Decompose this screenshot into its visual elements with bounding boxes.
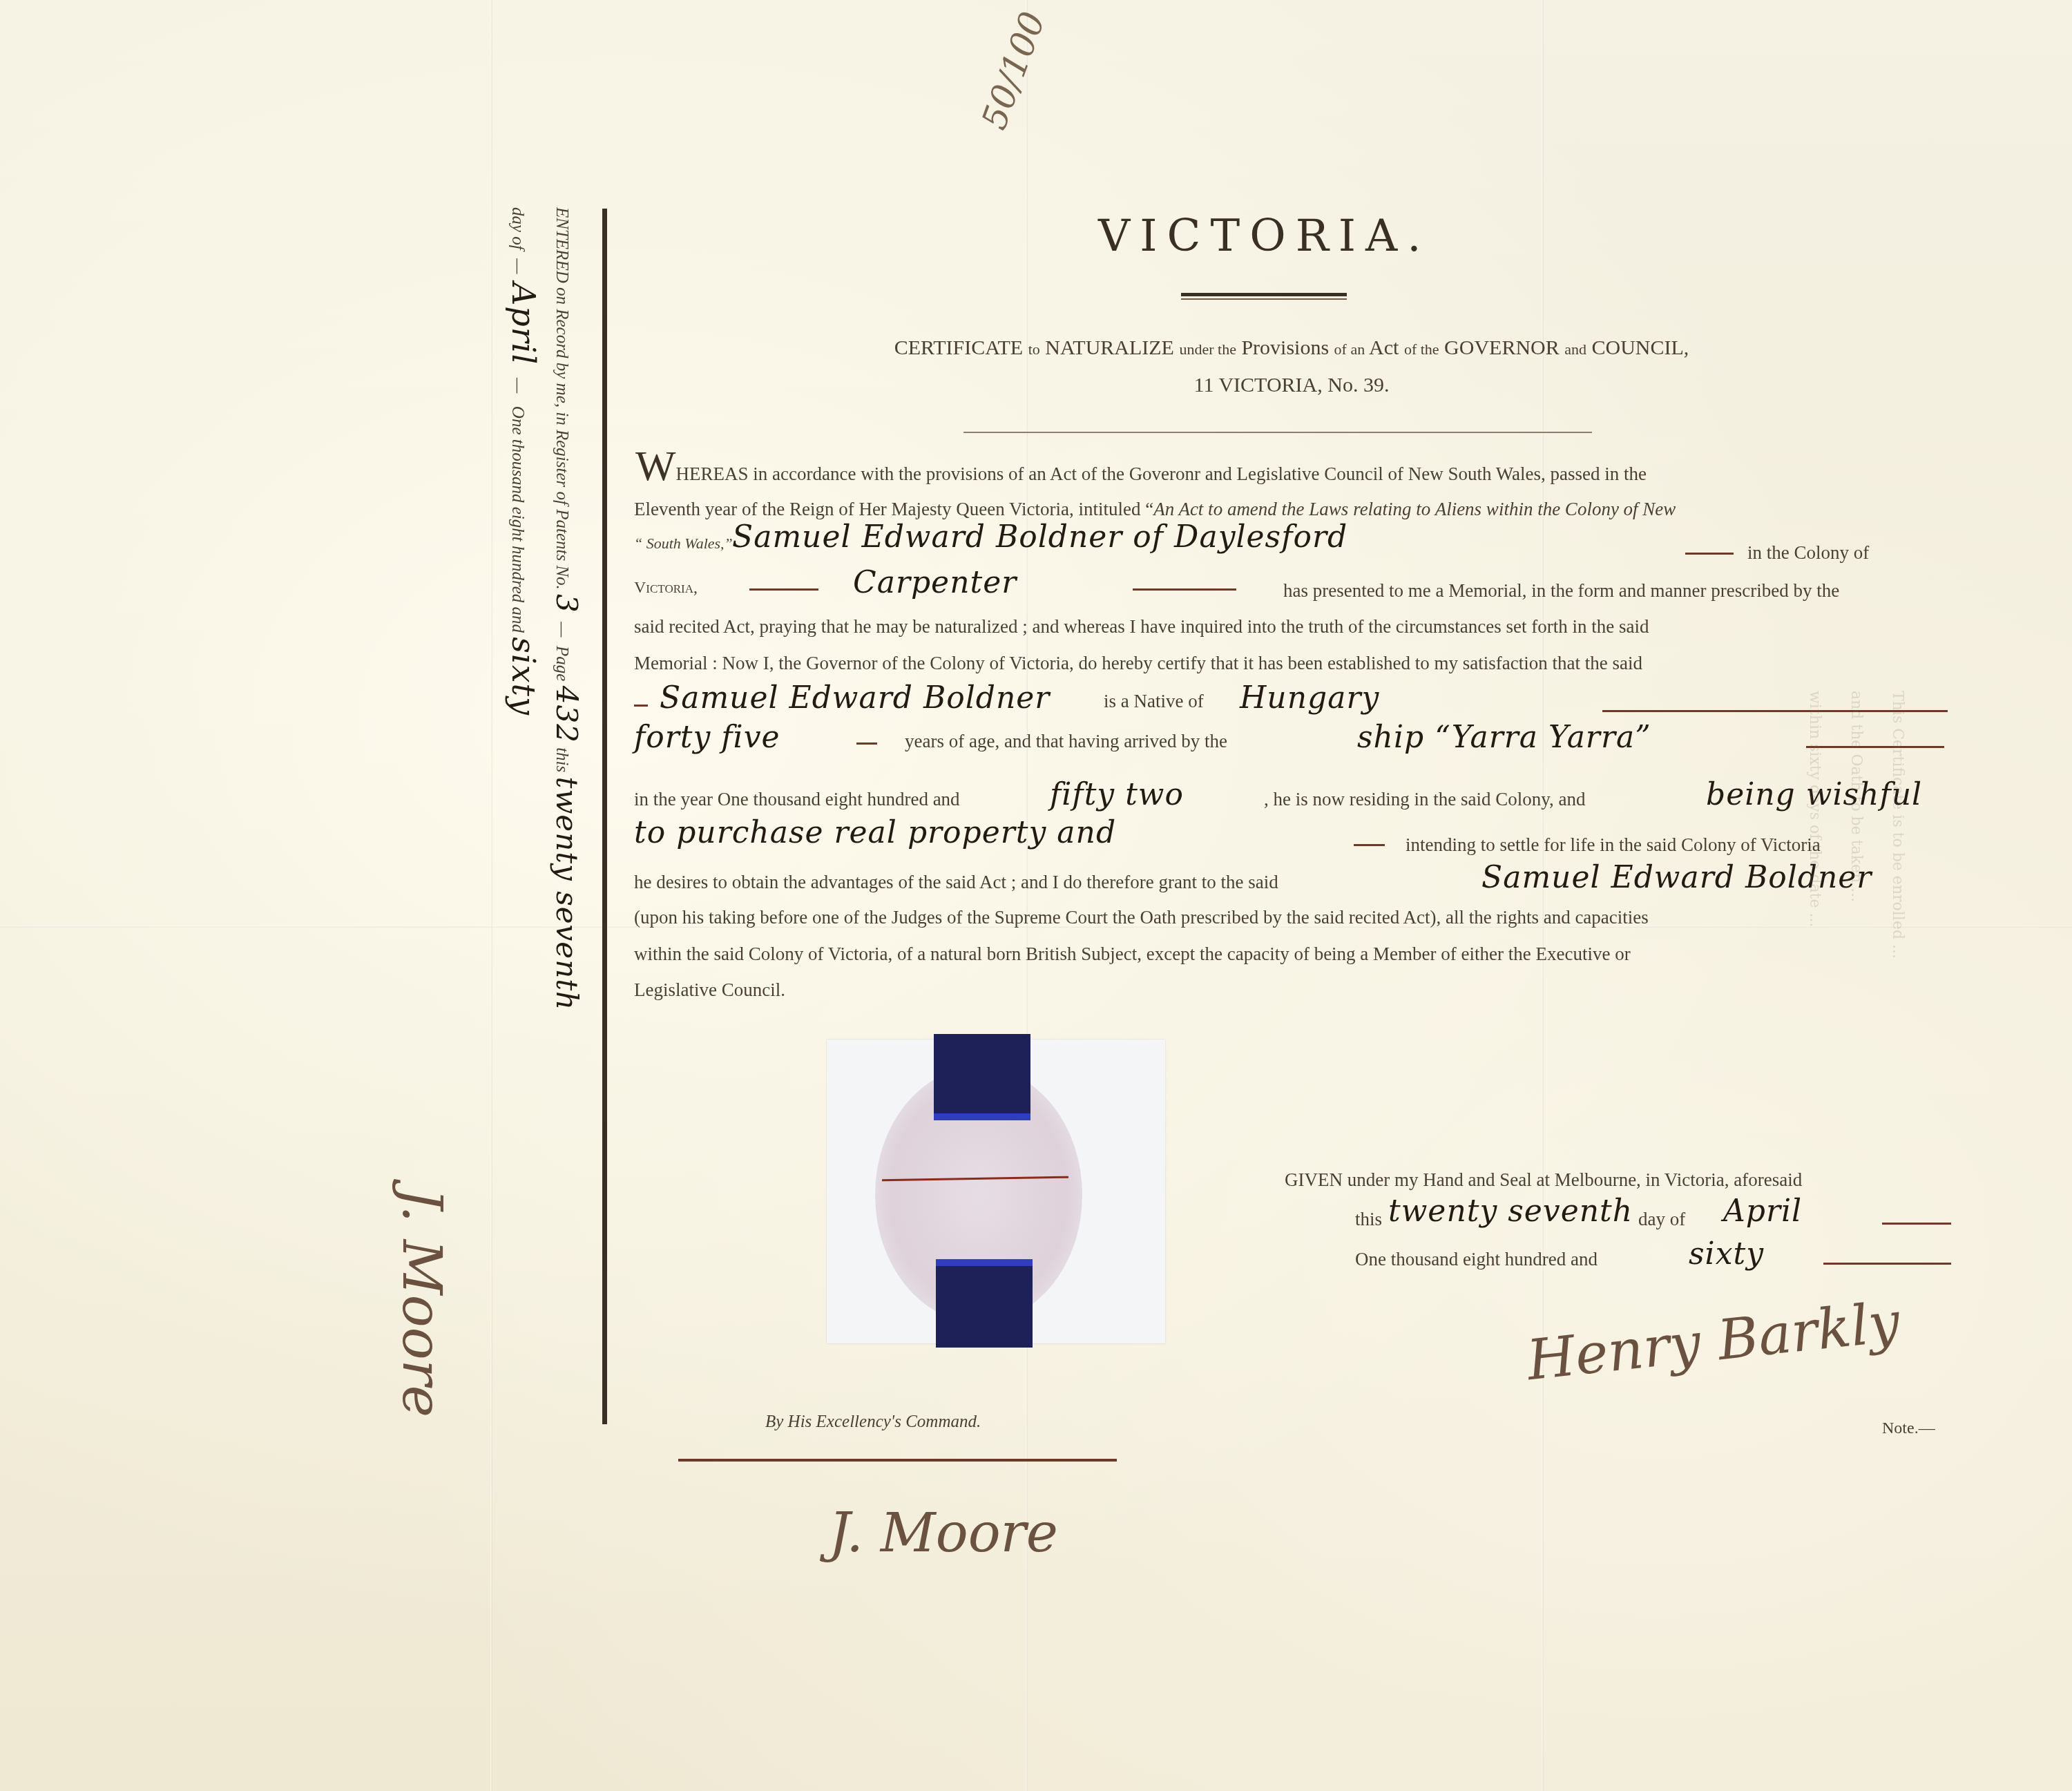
command-rule	[678, 1459, 1117, 1462]
body-line-9: in the year One thousand eight hundred a…	[634, 789, 960, 810]
fill-rule	[634, 705, 648, 707]
margin-entry-line-2: day of — April — One thousand eight hund…	[505, 207, 542, 716]
native-country-field: Hungary	[1240, 680, 1379, 716]
body-line-14: Legislative Council.	[634, 979, 785, 1001]
seal-ribbon-top	[934, 1034, 1030, 1120]
fill-rule	[1882, 1223, 1951, 1225]
title-rule	[1181, 298, 1347, 300]
body-line-12: (upon his taking before one of the Judge…	[634, 907, 1649, 928]
paper-fold	[1542, 0, 1544, 1791]
document-title: VICTORIA.	[1098, 211, 1431, 262]
body-line-6: Memorial : Now I, the Governor of the Co…	[634, 653, 1642, 674]
fill-rule	[1685, 553, 1734, 555]
given-day-field: twenty seventh	[1388, 1194, 1633, 1229]
given-this: this	[1355, 1209, 1382, 1230]
body-line-2: Eleventh year of the Reign of Her Majest…	[634, 499, 1676, 520]
body-line-4-end: has presented to me a Memorial, in the f…	[1283, 580, 1839, 602]
paper-fold	[490, 0, 492, 1791]
secretary-signature: J. Moore	[829, 1502, 1058, 1564]
subtitle-rule	[963, 432, 1592, 433]
applicant-name-field: Samuel Edward Boldner of Daylesford	[732, 519, 1347, 555]
body-line-3-end: in the Colony of	[1747, 542, 1869, 564]
applicant-name-field-2: Samuel Edward Boldner	[660, 680, 1050, 716]
arrival-year-field: fifty two	[1050, 777, 1184, 812]
fill-rule	[1823, 1263, 1951, 1265]
given-day-of: day of	[1638, 1209, 1685, 1230]
given-year-label: One thousand eight hundred and	[1355, 1249, 1598, 1270]
given-month-field: April	[1723, 1194, 1802, 1229]
body-line-5: said recited Act, praying that he may be…	[634, 616, 1649, 638]
ship-field: ship “Yarra Yarra”	[1357, 720, 1651, 755]
body-line-13: within the said Colony of Victoria, of a…	[634, 944, 1631, 965]
title-rule	[1181, 293, 1347, 296]
intention-field-2: to purchase real property and	[634, 815, 1116, 850]
note-label: Note.—	[1882, 1419, 1935, 1438]
bleed-through-text: This Certificate is to be enrolled ...	[1889, 691, 1906, 959]
body-line-10: intending to settle for life in the said…	[1406, 834, 1821, 856]
body-line-3: “ South Wales,”	[634, 532, 733, 553]
seal-ribbon-bottom	[936, 1259, 1033, 1348]
subtitle-line-2: 11 VICTORIA, No. 39.	[774, 367, 1810, 403]
body-line-7: is a Native of	[1104, 691, 1204, 712]
registrar-signature: J. Moore	[390, 1188, 452, 1417]
fill-rule	[1354, 844, 1385, 846]
body-line-9-mid: , he is now residing in the said Colony,…	[1264, 789, 1585, 810]
margin-entry-line-1: ENTERED on Record by me, in Register of …	[550, 207, 584, 1011]
subtitle-line-1: CERTIFICATE to NATURALIZE under the Prov…	[774, 330, 1810, 367]
command-label: By His Excellency's Command.	[765, 1412, 981, 1432]
given-line: GIVEN under my Hand and Seal at Melbourn…	[1285, 1169, 1802, 1191]
body-line-4-start: Victoria,	[634, 579, 698, 597]
body-line-11: he desires to obtain the advantages of t…	[634, 872, 1278, 893]
age-field: forty five	[634, 720, 780, 755]
margin-divider-rule	[602, 209, 607, 1424]
occupation-field: Carpenter	[853, 565, 1017, 600]
fill-rule	[749, 588, 818, 591]
bleed-through-text: within sixty days of the date ...	[1806, 691, 1823, 927]
fill-rule	[1806, 746, 1944, 748]
embossed-seal	[827, 1040, 1165, 1343]
fill-rule	[856, 743, 877, 745]
body-line-1: WHEREAS in accordance with the provision…	[635, 448, 1647, 485]
given-year-field: sixty	[1689, 1236, 1764, 1272]
bleed-through-text: and the Oath to be taken ...	[1848, 691, 1865, 902]
body-line-8: years of age, and that having arrived by…	[905, 731, 1227, 752]
fill-rule	[1133, 588, 1236, 591]
subtitle: CERTIFICATE to NATURALIZE under the Prov…	[774, 330, 1810, 403]
